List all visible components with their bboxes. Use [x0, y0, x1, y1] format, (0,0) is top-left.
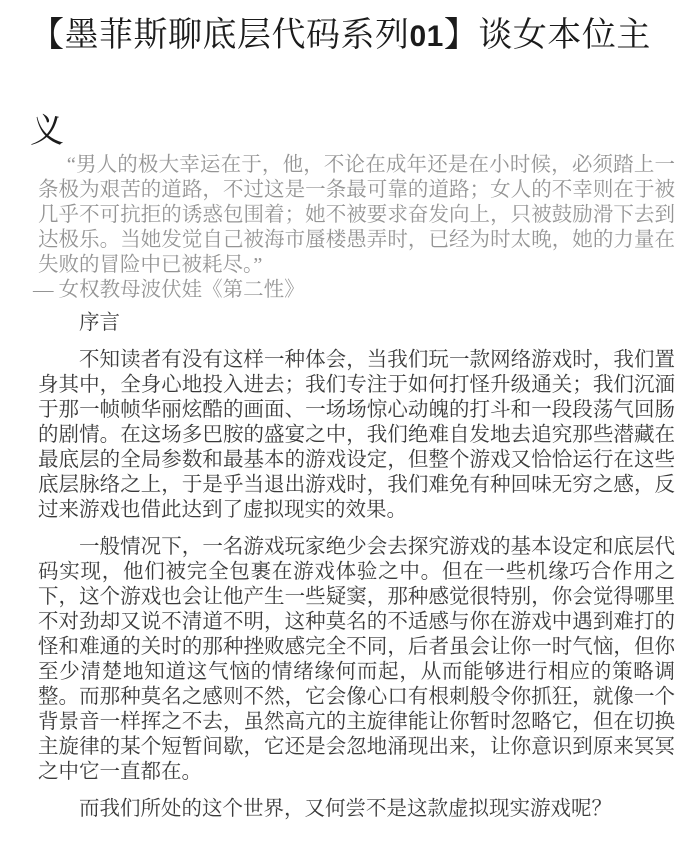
quote-block: “男人的极大幸运在于，他，不论在成年还是在小时候，必须踏上一条极为艰苦的道路，不…: [38, 153, 675, 303]
paragraph: 不知读者有没有这样一种体会，当我们玩一款网络游戏时，我们置身其中，全身心地投入进…: [38, 348, 675, 523]
paragraph: 而我们所处的这个世界，又何尝不是这款虚拟现实游戏呢？: [38, 797, 675, 822]
quote-text: “男人的极大幸运在于，他，不论在成年还是在小时候，必须踏上一条极为艰苦的道路，不…: [38, 153, 675, 278]
document-page: 【墨菲斯聊底层代码系列01】谈女本位主义 “男人的极大幸运在于，他，不论在成年还…: [0, 0, 689, 841]
title-prefix: 【墨菲斯聊底层代码系列: [30, 17, 410, 54]
section-heading: 序言: [38, 311, 675, 336]
title-series-number: 01: [410, 20, 444, 53]
paragraph: 一般情况下，一名游戏玩家绝少会去探究游戏的基本设定和底层代码实现，他们被完全包裹…: [38, 535, 675, 785]
quote-attribution: — 女权教母波伏娃《第二性》: [33, 278, 675, 303]
